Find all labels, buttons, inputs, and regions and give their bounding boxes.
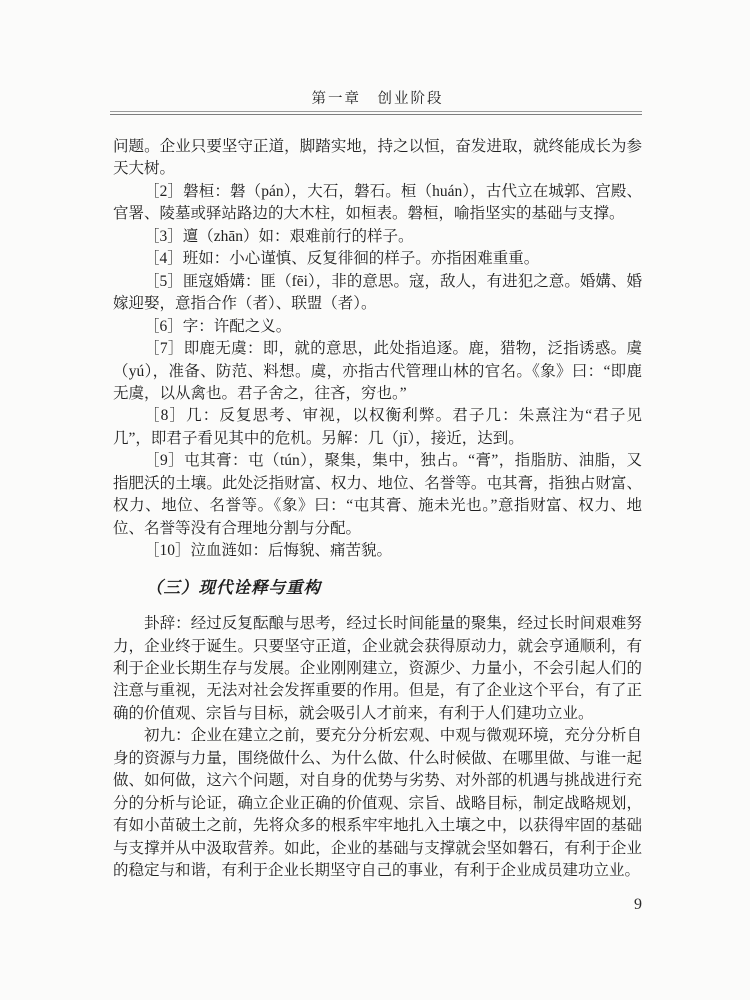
running-header: 第一章 创业阶段 xyxy=(113,87,642,108)
commentary-paragraphs: 卦辞：经过反复酝酿与思考，经过长时间能量的聚集，经过长时间艰难努力，企业终于诞生… xyxy=(113,613,642,882)
footnote-item: ［4］班如：小心谨慎、反复徘徊的样子。亦指困难重重。 xyxy=(113,248,642,270)
footnote-item: ［3］邅（zhān）如：艰难前行的样子。 xyxy=(113,226,642,248)
footnote-item: ［10］泣血涟如：后悔貌、痛苦貌。 xyxy=(113,540,642,562)
page-body: 问题。企业只要坚守正道，脚踏实地，持之以恒，奋发进取，就终能成长为参天大树。 ［… xyxy=(113,136,642,883)
book-page: 第一章 创业阶段 问题。企业只要坚守正道，脚踏实地，持之以恒，奋发进取，就终能成… xyxy=(0,0,750,1000)
footnote-item: ［8］几：反复思考、审视，以权衡利弊。君子几：朱熹注为“君子见几”，即君子看见其… xyxy=(113,405,642,450)
footnotes-list: ［2］磐桓：磐（pán），大石，磐石。桓（huán），古代立在城郭、宫殿、官署、… xyxy=(113,181,642,563)
commentary-paragraph: 卦辞：经过反复酝酿与思考，经过长时间能量的聚集，经过长时间艰难努力，企业终于诞生… xyxy=(113,613,642,725)
opening-paragraph: 问题。企业只要坚守正道，脚踏实地，持之以恒，奋发进取，就终能成长为参天大树。 xyxy=(113,136,642,181)
footnote-item: ［6］字：许配之义。 xyxy=(113,316,642,338)
section-heading: （三）现代诠释与重构 xyxy=(113,577,642,599)
page-number: 9 xyxy=(113,896,642,914)
footnote-item: ［9］屯其膏：屯（tún），聚集，集中，独占。“膏”，指脂肪、油脂，又指肥沃的土… xyxy=(113,450,642,540)
commentary-paragraph: 初九：企业在建立之前，要充分分析宏观、中观与微观环境，充分分析自身的资源与力量，… xyxy=(113,725,642,882)
header-rule xyxy=(110,111,642,115)
footnote-item: ［5］匪寇婚媾：匪（fēi），非的意思。寇，敌人，有进犯之意。婚媾、婚嫁迎娶，意… xyxy=(113,271,642,316)
footnote-item: ［2］磐桓：磐（pán），大石，磐石。桓（huán），古代立在城郭、宫殿、官署、… xyxy=(113,181,642,226)
footnote-item: ［7］即鹿无虞：即，就的意思，此处指追逐。鹿，猎物，泛指诱惑。虞（yú），准备、… xyxy=(113,338,642,405)
